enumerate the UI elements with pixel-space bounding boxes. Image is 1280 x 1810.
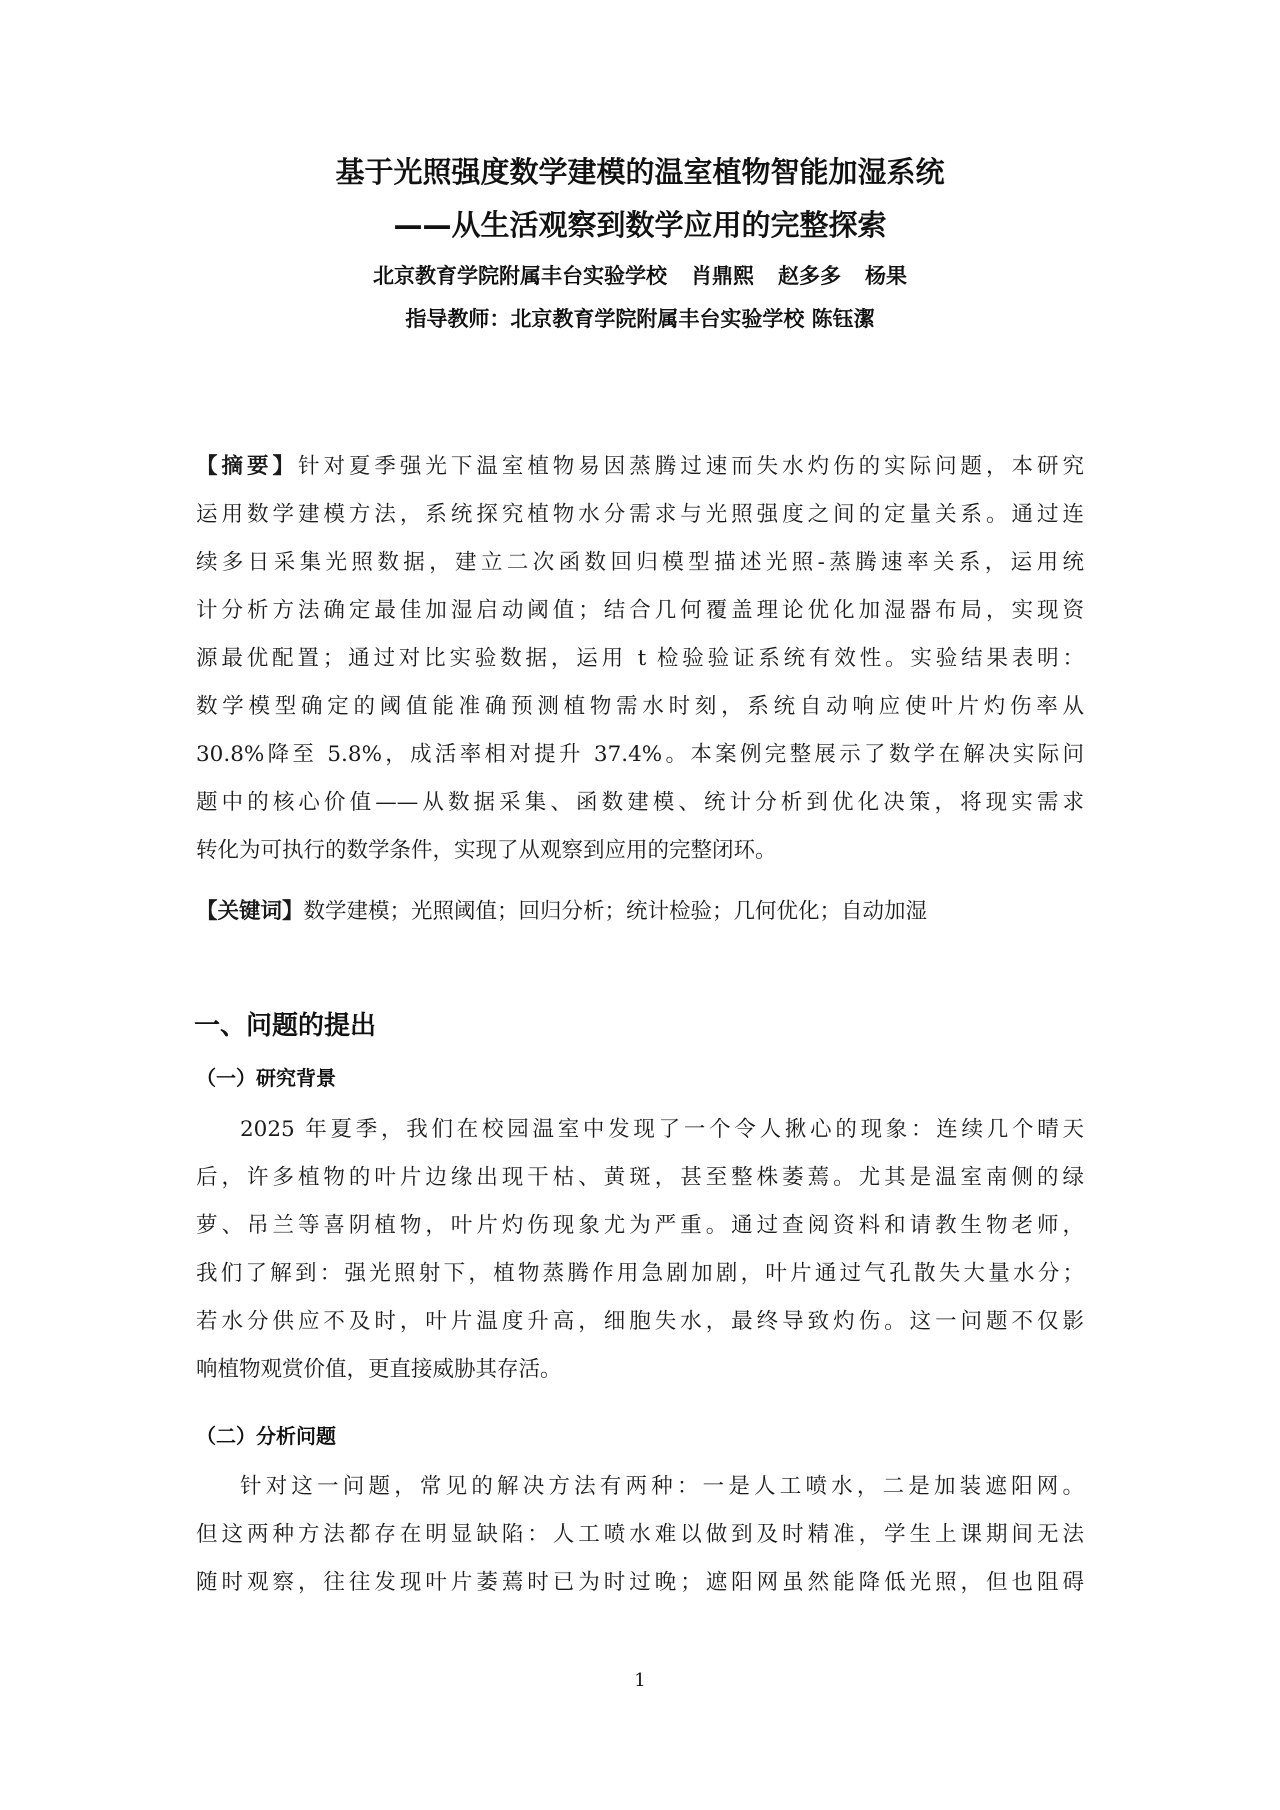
abstract-line: 数学模型确定的阈值能准确预测植物需水时刻，系统自动响应使叶片灼伤率从 [196,692,1084,722]
body-line: 响植物观赏价值，更直接威胁其存活。 [196,1355,1084,1385]
body-line: 2025 年夏季，我们在校园温室中发现了一个令人揪心的现象：连续几个晴天 [240,1115,1084,1145]
page-number: 1 [0,1670,1280,1691]
paper-title: 基于光照强度数学建模的温室植物智能加湿系统 [0,150,1280,191]
abstract-line: 源最优配置；通过对比实验数据，运用 t 检验验证系统有效性。实验结果表明： [196,644,1084,674]
abstract-line: 30.8%降至 5.8%，成活率相对提升 37.4%。本案例完整展示了数学在解决… [196,740,1084,770]
advisor-line: 指导教师：北京教育学院附属丰台实验学校 陈钰潔 [0,303,1280,333]
advisor-school: 北京教育学院附属丰台实验学校 [510,307,804,331]
abstract-line: 续多日采集光照数据，建立二次函数回归模型描述光照-蒸腾速率关系，运用统 [196,548,1084,578]
keywords: 【关键词】数学建模；光照阈值；回归分析；统计检验；几何优化；自动加湿 [196,897,1084,927]
author-name: 杨果 [865,264,907,288]
abstract-line: 计分析方法确定最佳加湿启动阈值；结合几何覆盖理论优化加湿器布局，实现资 [196,596,1084,626]
subsection-heading: （一）研究背景 [196,1062,336,1091]
abstract-label: 【摘要】 [196,454,298,479]
body-line: 我们了解到：强光照射下，植物蒸腾作用急剧加剧，叶片通过气孔散失大量水分； [196,1259,1084,1289]
author-school: 北京教育学院附属丰台实验学校 [373,264,667,288]
body-line: 随时观察，往往发现叶片萎蔫时已为时过晚；遮阳网虽然能降低光照，但也阻碍 [196,1568,1084,1598]
subsection-heading: （二）分析问题 [196,1420,336,1449]
keywords-text: 数学建模；光照阈值；回归分析；统计检验；几何优化；自动加湿 [304,899,928,924]
abstract-line: 运用数学建模方法，系统探究植物水分需求与光照强度之间的定量关系。通过连 [196,500,1084,530]
body-line: 萝、吊兰等喜阴植物，叶片灼伤现象尤为严重。通过查阅资料和请教生物老师， [196,1211,1084,1241]
section-heading: 一、问题的提出 [194,1005,376,1042]
abstract-line: 【摘要】针对夏季强光下温室植物易因蒸腾过速而失水灼伤的实际问题，本研究 [196,452,1084,482]
advisor-name: 陈钰潔 [812,307,875,331]
document-page: 基于光照强度数学建模的温室植物智能加湿系统 ——从生活观察到数学应用的完整探索 … [0,0,1280,1810]
author-name: 赵多多 [778,264,841,288]
body-line: 针对这一问题，常见的解决方法有两种：一是人工喷水，二是加装遮阳网。 [240,1472,1084,1502]
abstract-line: 题中的核心价值——从数据采集、函数建模、统计分析到优化决策，将现实需求 [196,788,1084,818]
author-line: 北京教育学院附属丰台实验学校肖鼎熙赵多多杨果 [0,260,1280,290]
body-line: 若水分供应不及时，叶片温度升高，细胞失水，最终导致灼伤。这一问题不仅影 [196,1307,1084,1337]
keywords-label: 【关键词】 [196,899,304,924]
body-line: 但这两种方法都存在明显缺陷：人工喷水难以做到及时精准，学生上课期间无法 [196,1520,1084,1550]
paper-subtitle: ——从生活观察到数学应用的完整探索 [0,203,1280,244]
advisor-label: 指导教师： [405,307,510,331]
abstract-line: 转化为可执行的数学条件，实现了从观察到应用的完整闭环。 [196,836,1084,866]
body-line: 后，许多植物的叶片边缘出现干枯、黄斑，甚至整株萎蔫。尤其是温室南侧的绿 [196,1163,1084,1193]
author-name: 肖鼎熙 [691,264,754,288]
